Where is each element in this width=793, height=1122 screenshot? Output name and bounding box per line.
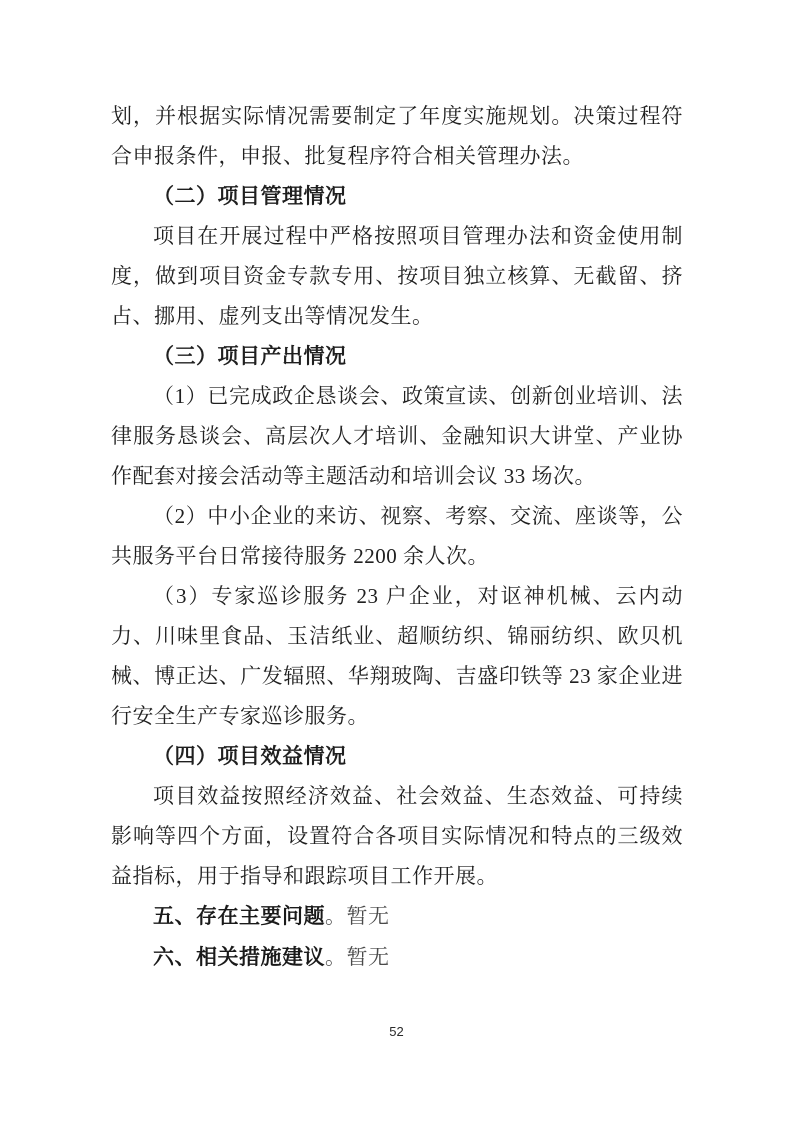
document-body: 划，并根据实际情况需要制定了年度实施规划。决策过程符合申报条件，申报、批复程序符… — [111, 96, 683, 978]
body-paragraph-output-item-1: （1）已完成政企恳谈会、政策宣读、创新创业培训、法律服务恳谈会、高层次人才培训、… — [111, 376, 683, 496]
section-line-suggestions: 六、相关措施建议。暂无 — [111, 937, 683, 978]
body-paragraph-output-item-3: （3）专家巡诊服务 23 户企业，对讴神机械、云内动力、川味里食品、玉洁纸业、超… — [111, 576, 683, 736]
section-value-suggestions: 。暂无 — [325, 945, 390, 969]
page-number: 52 — [0, 1024, 793, 1039]
section-heading-project-management: （二）项目管理情况 — [111, 176, 683, 216]
body-paragraph-benefit: 项目效益按照经济效益、社会效益、生态效益、可持续影响等四个方面，设置符合各项目实… — [111, 776, 683, 896]
section-line-main-problems: 五、存在主要问题。暂无 — [111, 896, 683, 937]
section-heading-suggestions: 六、相关措施建议 — [153, 946, 325, 969]
document-page: 划，并根据实际情况需要制定了年度实施规划。决策过程符合申报条件，申报、批复程序符… — [0, 0, 793, 1122]
section-heading-project-benefit: （四）项目效益情况 — [111, 736, 683, 776]
section-value-main-problems: 。暂无 — [325, 904, 390, 928]
section-heading-project-output: （三）项目产出情况 — [111, 336, 683, 376]
body-paragraph-management: 项目在开展过程中严格按照项目管理办法和资金使用制度，做到项目资金专款专用、按项目… — [111, 216, 683, 336]
body-paragraph-continuation: 划，并根据实际情况需要制定了年度实施规划。决策过程符合申报条件，申报、批复程序符… — [111, 96, 683, 176]
section-heading-main-problems: 五、存在主要问题 — [153, 905, 325, 928]
body-paragraph-output-item-2: （2）中小企业的来访、视察、考察、交流、座谈等，公共服务平台日常接待服务 220… — [111, 496, 683, 576]
